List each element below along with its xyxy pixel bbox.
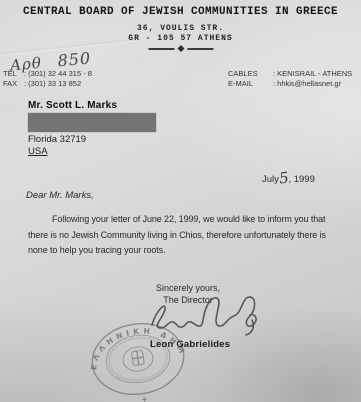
date-day-handwritten: 5 bbox=[278, 168, 290, 187]
tel-row: TEL : (301) 32 44 315 - 8 bbox=[3, 69, 92, 79]
salutation: Dear Mr. Marks, bbox=[26, 190, 94, 201]
signature-stroke bbox=[152, 297, 256, 328]
letter-body: Following your letter of June 22, 1999, … bbox=[28, 212, 340, 259]
body-line-2: there is no Jewish Community living in C… bbox=[28, 228, 340, 244]
date-year: , 1999 bbox=[288, 174, 314, 185]
recipient-city-line: Florida 32719 bbox=[28, 134, 86, 145]
body-line-3: none to help you tracing your roots. bbox=[28, 243, 340, 259]
tel-label: TEL bbox=[3, 69, 24, 79]
letterhead-address-line2: GR - 105 57 ATHENS bbox=[0, 34, 361, 43]
fax-label: FAX bbox=[3, 79, 24, 89]
contact-block-right: CABLES : KENISRAIL - ATHENS E-MAIL : hhk… bbox=[228, 69, 352, 88]
email-label: E-MAIL bbox=[228, 79, 273, 89]
diamond-icon bbox=[177, 45, 184, 52]
seal-bottom-cross bbox=[141, 396, 147, 402]
scanned-letter-page: CENTRAL BOARD OF JEWISH COMMUNITIES IN G… bbox=[0, 0, 361, 402]
divider-rule-left bbox=[148, 48, 174, 50]
signature-icon bbox=[148, 289, 263, 339]
divider-rule-right bbox=[187, 48, 213, 50]
signer-name: Leon Gabrielides bbox=[150, 339, 230, 350]
tel-value: : (301) 32 44 315 - 8 bbox=[24, 69, 92, 79]
cables-row: CABLES : KENISRAIL - ATHENS bbox=[228, 69, 352, 79]
recipient-country: USA bbox=[28, 146, 48, 157]
letter-date: July5, 1999 bbox=[262, 168, 315, 186]
body-line-1: Following your letter of June 22, 1999, … bbox=[28, 212, 340, 228]
handwritten-ref-number: 850 bbox=[57, 48, 92, 70]
letterhead-org-name: CENTRAL BOARD OF JEWISH COMMUNITIES IN G… bbox=[0, 6, 361, 18]
email-value: : hhkis@hellasnet.gr bbox=[273, 79, 341, 89]
recipient-name: Mr. Scott L. Marks bbox=[28, 100, 117, 111]
signature-flourish bbox=[246, 320, 253, 335]
redaction-bar bbox=[28, 113, 156, 132]
contact-block-left: TEL : (301) 32 44 315 - 8 FAX : (301) 33… bbox=[3, 69, 92, 88]
cables-label: CABLES bbox=[228, 69, 273, 79]
cables-value: : KENISRAIL - ATHENS bbox=[273, 69, 352, 79]
letterhead-address-line1: 36, VOULIS STR. bbox=[0, 24, 361, 33]
fax-value: : (301) 33 13 852 bbox=[24, 79, 81, 89]
header-divider bbox=[148, 46, 213, 51]
fax-row: FAX : (301) 33 13 852 bbox=[3, 79, 92, 89]
date-month: July bbox=[262, 174, 279, 185]
email-row: E-MAIL : hhkis@hellasnet.gr bbox=[228, 79, 352, 89]
